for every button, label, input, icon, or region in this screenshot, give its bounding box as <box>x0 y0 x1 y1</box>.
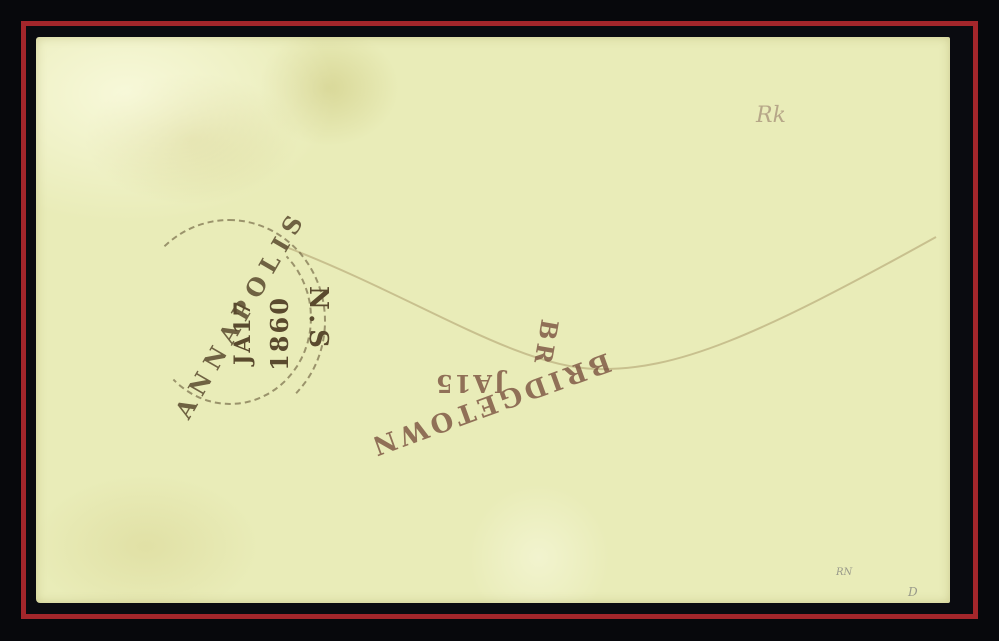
pencil-mark: D <box>908 585 918 599</box>
postmark-year: 1860 <box>265 296 294 371</box>
postmark-town: BRIDGETOWN <box>365 346 615 462</box>
pencil-mark: RN <box>836 567 852 578</box>
envelope-back: ANNAPOLIS JA17 1860 N.S BRIDGETOWN JA15 … <box>36 37 950 603</box>
annapolis-postmark: ANNAPOLIS JA17 1860 N.S <box>132 209 332 449</box>
bridgetown-postmark: BRIDGETOWN JA15 BR <box>352 259 592 499</box>
postmark-date: JA17 <box>230 299 256 365</box>
pencil-mark: Rk <box>756 103 786 128</box>
postmark-date: JA15 <box>434 369 505 398</box>
postmark-province: N.S <box>303 286 333 354</box>
